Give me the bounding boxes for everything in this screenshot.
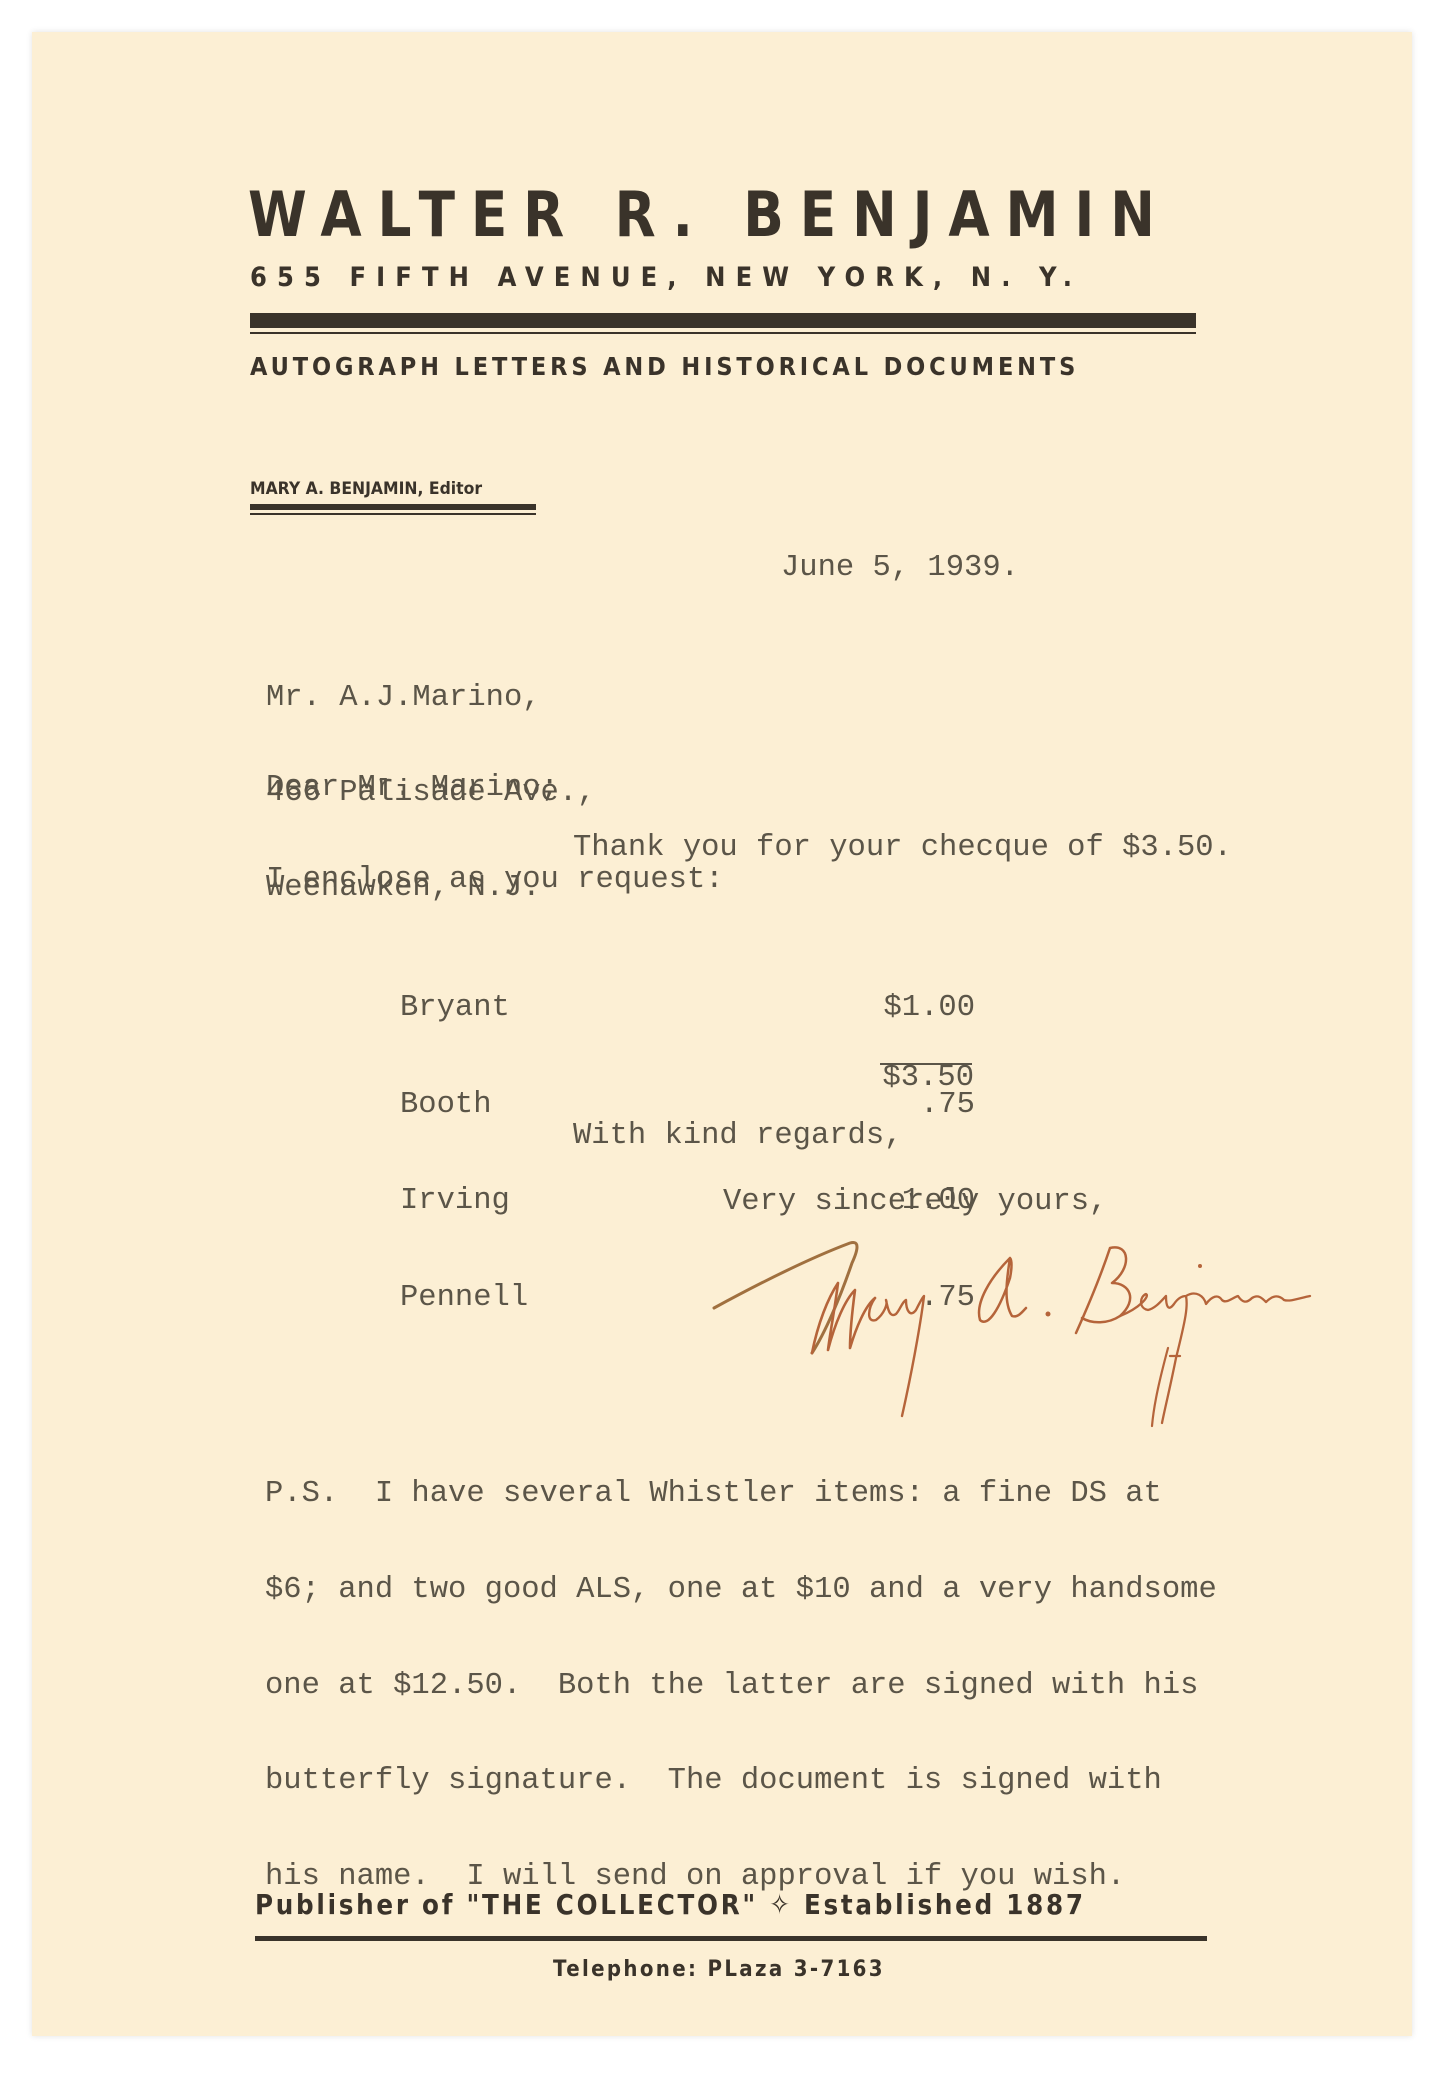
postscript-line: $6; and two good ALS, one at $10 and a v…	[265, 1574, 1217, 1606]
item-name: Irving	[400, 1185, 510, 1217]
item-name: Booth	[400, 1089, 492, 1121]
editor-rule-thin	[250, 513, 536, 515]
regards: With kind regards,	[573, 1120, 902, 1152]
letter-date: June 5, 1939.	[781, 552, 1019, 584]
items-total: $3.50	[880, 1062, 974, 1094]
letterhead-address: 655 FIFTH AVENUE, NEW YORK, N. Y.	[250, 262, 1082, 294]
postscript-line: one at $12.50. Both the latter are signe…	[265, 1670, 1217, 1702]
item-amount: $1.00	[883, 992, 975, 1024]
editor-credit: MARY A. BENJAMIN, Editor	[250, 478, 482, 500]
letterhead-rule-thin	[250, 332, 1196, 334]
letterhead-rule-thick	[250, 313, 1196, 328]
letterhead-tagline: AUTOGRAPH LETTERS AND HISTORICAL DOCUMEN…	[250, 352, 1079, 382]
body-line: Thank you for your checque of $3.50.	[573, 832, 1232, 864]
signature-image	[700, 1238, 1380, 1428]
item-name: Bryant	[400, 992, 510, 1024]
letterhead-name: WALTER R. BENJAMIN	[248, 180, 1065, 250]
salutation: Dear Mr. Marino;	[266, 772, 559, 804]
closing: Very sincerely yours,	[723, 1186, 1107, 1218]
body-line: I enclose as you request:	[266, 864, 724, 896]
postscript-line: P.S. I have several Whistler items: a fi…	[265, 1478, 1217, 1510]
editor-rule-thick	[250, 504, 536, 510]
footer-telephone: Telephone: PLaza 3-7163	[553, 1956, 885, 1984]
list-item: Bryant $1.00	[400, 992, 975, 1025]
recipient-line: Mr. A.J.Marino,	[266, 682, 595, 713]
footer-publisher: Publisher of "THE COLLECTOR" ✧ Establish…	[255, 1888, 1086, 1922]
postscript: P.S. I have several Whistler items: a fi…	[265, 1414, 1217, 1925]
footer-rule	[255, 1936, 1207, 1941]
postscript-line: butterfly signature. The document is sig…	[265, 1765, 1217, 1797]
item-name: Pennell	[400, 1282, 528, 1314]
